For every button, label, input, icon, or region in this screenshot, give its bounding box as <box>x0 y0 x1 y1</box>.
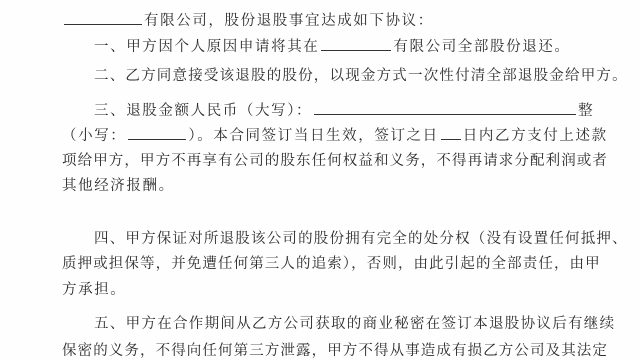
clause-5-text-2: 保密的义务，不得向任何第三方泄露，甲方不得从事造成有损乙方公司及其法定 <box>62 343 608 359</box>
clause-2-number: 二、 <box>94 68 125 84</box>
clause-3-amount-label: 退股金额人民币（大写）： <box>126 103 312 119</box>
clause-3-zheng: 整 <box>578 103 594 119</box>
company-name-blank[interactable] <box>64 10 142 25</box>
lowercase-label: （小写： <box>62 128 126 144</box>
clause-3-number: 三、 <box>94 103 126 119</box>
clause-1-number: 一、 <box>94 39 126 55</box>
clause-2: 二、乙方同意接受该退股的股份，以现金方式一次性付清全部退股金给甲方。 <box>94 67 628 85</box>
clause-4-line-1: 四、甲方保证对所退股该公司的股份拥有完全的处分权（没有设置任何抵押、 <box>94 230 628 248</box>
clause-5-line-2: 保密的义务，不得向任何第三方泄露，甲方不得从事造成有损乙方公司及其法定 <box>62 342 608 360</box>
clause-3-line-1: 三、退股金额人民币（大写）：整 <box>94 100 594 120</box>
clause-1-text-before: 甲方因个人原因申请将其在 <box>126 39 319 55</box>
document-page: 有限公司，股份退股事宜达成如下协议： 一、甲方因个人原因申请将其在有限公司全部股… <box>0 0 640 360</box>
clause-3-line-4: 其他经济报酬。 <box>62 177 175 195</box>
clause-4-text-1: 甲方保证对所退股该公司的股份拥有完全的处分权（没有设置任何抵押、 <box>125 231 627 247</box>
clause-5-number: 五、 <box>94 316 126 332</box>
clause-5-text-1: 甲方在合作期间从乙方公司获取的商业秘密在签订本退股协议后有继续 <box>126 316 616 332</box>
intro-text: 有限公司，股份退股事宜达成如下协议： <box>144 13 434 29</box>
clause-2-text: 乙方同意接受该退股的股份，以现金方式一次性付清全部退股金给甲方。 <box>125 68 627 84</box>
clause-1-company-blank[interactable] <box>321 36 391 51</box>
clause-4-line-2: 质押或担保等，并免遭任何第三人的追索），否则，由此引起的全部责任，由甲 <box>62 255 601 273</box>
amount-uppercase-blank[interactable] <box>314 100 576 115</box>
clause-5-line-1: 五、甲方在合作期间从乙方公司获取的商业秘密在签订本退股协议后有继续 <box>94 315 615 333</box>
amount-lowercase-blank[interactable] <box>128 125 186 140</box>
clause-4-line-3: 方承担。 <box>62 281 126 299</box>
clause-3-effective-text: ）。本合同签订当日生效，签订之日 <box>188 128 438 144</box>
clause-4-text-3: 方承担。 <box>62 282 126 298</box>
clause-1-text-after: 有限公司全部股份退还。 <box>393 39 570 55</box>
clause-3-text-4: 其他经济报酬。 <box>62 178 175 194</box>
clause-3-line-2: （小写：）。本合同签订当日生效，签订之日日内乙方支付上述款 <box>62 125 608 145</box>
clause-4-number: 四、 <box>94 231 125 247</box>
payment-days-blank[interactable] <box>441 125 461 140</box>
clause-3-payment-text: 日内乙方支付上述款 <box>463 128 608 144</box>
clause-3-text-3: 项给甲方，甲方不再享有公司的股东任何权益和义务，不得再请求分配利润或者 <box>62 153 608 169</box>
clause-3-line-3: 项给甲方，甲方不再享有公司的股东任何权益和义务，不得再请求分配利润或者 <box>62 152 608 170</box>
intro-line: 有限公司，股份退股事宜达成如下协议： <box>62 10 434 30</box>
clause-1: 一、甲方因个人原因申请将其在有限公司全部股份退还。 <box>94 36 571 56</box>
clause-4-text-2: 质押或担保等，并免遭任何第三人的追索），否则，由此引起的全部责任，由甲 <box>62 256 601 272</box>
